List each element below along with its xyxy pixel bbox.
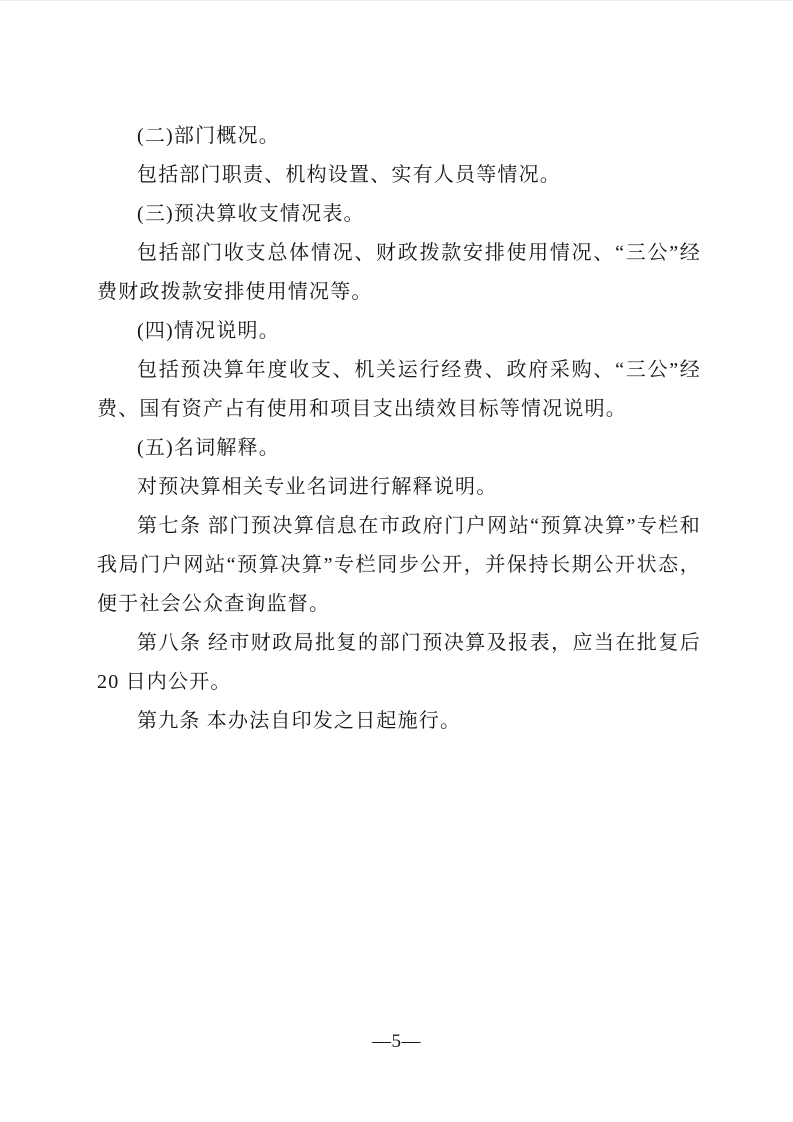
page-number: —5— (0, 1030, 793, 1054)
paragraph-item-5-desc: 对预决算相关专业名词进行解释说明。 (97, 468, 701, 507)
paragraph-item-5: (五)名词解释。 (97, 429, 701, 468)
paragraph-article-8: 第八条 经市财政局批复的部门预决算及报表，应当在批复后20 日内公开。 (97, 624, 701, 702)
paragraph-item-2-desc: 包括部门职责、机构设置、实有人员等情况。 (97, 156, 701, 195)
paragraph-item-2: (二)部门概况。 (97, 117, 701, 156)
paragraph-item-4: (四)情况说明。 (97, 312, 701, 351)
page-top-edge (0, 0, 793, 1)
paragraph-item-4-desc: 包括预决算年度收支、机关运行经费、政府采购、“三公”经费、国有资产占有使用和项目… (97, 351, 701, 429)
paragraph-article-9: 第九条 本办法自印发之日起施行。 (97, 702, 701, 741)
document-body: (二)部门概况。 包括部门职责、机构设置、实有人员等情况。 (三)预决算收支情况… (97, 117, 701, 741)
paragraph-item-3: (三)预决算收支情况表。 (97, 195, 701, 234)
paragraph-item-3-desc: 包括部门收支总体情况、财政拨款安排使用情况、“三公”经费财政拨款安排使用情况等。 (97, 234, 701, 312)
paragraph-article-7: 第七条 部门预决算信息在市政府门户网站“预算决算”专栏和我局门户网站“预算决算”… (97, 507, 701, 624)
